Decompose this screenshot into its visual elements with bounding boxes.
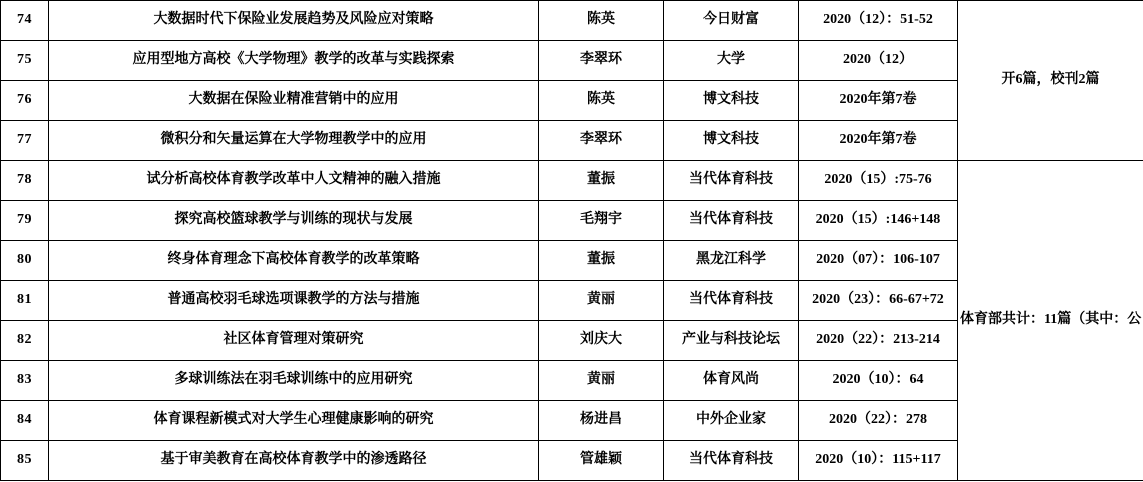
- row-number-cell: 77: [1, 121, 49, 161]
- issue-cell: 2020年第7卷: [799, 81, 958, 121]
- table-row: 78 试分析高校体育教学改革中人文精神的融入措施 董振 当代体育科技 2020（…: [1, 161, 1143, 201]
- author-cell: 董振: [539, 241, 664, 281]
- author-cell: 陈英: [539, 1, 664, 41]
- row-number-cell: 83: [1, 361, 49, 401]
- publications-table: 74 大数据时代下保险业发展趋势及风险应对策略 陈英 今日财富 2020（12）…: [0, 0, 1143, 481]
- journal-cell: 当代体育科技: [664, 281, 799, 321]
- row-number-cell: 76: [1, 81, 49, 121]
- author-cell: 李翠环: [539, 41, 664, 81]
- title-cell: 普通高校羽毛球选项课教学的方法与措施: [49, 281, 539, 321]
- issue-cell: 2020（22）：213-214: [799, 321, 958, 361]
- journal-cell: 博文科技: [664, 121, 799, 161]
- title-cell: 试分析高校体育教学改革中人文精神的融入措施: [49, 161, 539, 201]
- notes-cell-continued: 开6篇，校刊2篇: [958, 1, 1143, 161]
- journal-cell: 今日财富: [664, 1, 799, 41]
- sports-department-summary-cell: 体育部共计：11篇（其中：公 开9篇，校刊1篇: [958, 161, 1143, 481]
- author-cell: 黄丽: [539, 281, 664, 321]
- title-cell: 大数据在保险业精准营销中的应用: [49, 81, 539, 121]
- row-number-cell: 82: [1, 321, 49, 361]
- author-cell: 毛翔宇: [539, 201, 664, 241]
- author-cell: 李翠环: [539, 121, 664, 161]
- issue-cell: 2020（12）: [799, 41, 958, 81]
- title-cell: 多球训练法在羽毛球训练中的应用研究: [49, 361, 539, 401]
- title-cell: 微积分和矢量运算在大学物理教学中的应用: [49, 121, 539, 161]
- issue-cell: 2020年第7卷: [799, 121, 958, 161]
- row-number-cell: 81: [1, 281, 49, 321]
- issue-cell: 2020（10）：64: [799, 361, 958, 401]
- author-cell: 黄丽: [539, 361, 664, 401]
- journal-cell: 中外企业家: [664, 401, 799, 441]
- title-cell: 社区体育管理对策研究: [49, 321, 539, 361]
- author-cell: 董振: [539, 161, 664, 201]
- journal-cell: 博文科技: [664, 81, 799, 121]
- author-cell: 陈英: [539, 81, 664, 121]
- title-cell: 基于审美教育在高校体育教学中的渗透路径: [49, 441, 539, 481]
- author-cell: 管雄颖: [539, 441, 664, 481]
- row-number-cell: 78: [1, 161, 49, 201]
- author-cell: 刘庆大: [539, 321, 664, 361]
- publication-list-document: 74 大数据时代下保险业发展趋势及风险应对策略 陈英 今日财富 2020（12）…: [0, 0, 1143, 482]
- title-cell: 终身体育理念下高校体育教学的改革策略: [49, 241, 539, 281]
- journal-cell: 黑龙江科学: [664, 241, 799, 281]
- issue-cell: 2020（10）：115+117: [799, 441, 958, 481]
- journal-cell: 产业与科技论坛: [664, 321, 799, 361]
- row-number-cell: 84: [1, 401, 49, 441]
- issue-cell: 2020（07）：106-107: [799, 241, 958, 281]
- issue-cell: 2020（12）：51-52: [799, 1, 958, 41]
- journal-cell: 当代体育科技: [664, 201, 799, 241]
- table-row: 74 大数据时代下保险业发展趋势及风险应对策略 陈英 今日财富 2020（12）…: [1, 1, 1143, 41]
- row-number-cell: 74: [1, 1, 49, 41]
- row-number-cell: 79: [1, 201, 49, 241]
- journal-cell: 体育风尚: [664, 361, 799, 401]
- journal-cell: 当代体育科技: [664, 441, 799, 481]
- title-cell: 探究高校篮球教学与训练的现状与发展: [49, 201, 539, 241]
- issue-cell: 2020（22）：278: [799, 401, 958, 441]
- issue-cell: 2020（15）:75-76: [799, 161, 958, 201]
- title-cell: 应用型地方高校《大学物理》教学的改革与实践探索: [49, 41, 539, 81]
- issue-cell: 2020（15）:146+148: [799, 201, 958, 241]
- row-number-cell: 75: [1, 41, 49, 81]
- author-cell: 杨进昌: [539, 401, 664, 441]
- row-number-cell: 85: [1, 441, 49, 481]
- title-cell: 大数据时代下保险业发展趋势及风险应对策略: [49, 1, 539, 41]
- journal-cell: 大学: [664, 41, 799, 81]
- journal-cell: 当代体育科技: [664, 161, 799, 201]
- issue-cell: 2020（23）：66-67+72: [799, 281, 958, 321]
- row-number-cell: 80: [1, 241, 49, 281]
- title-cell: 体育课程新模式对大学生心理健康影响的研究: [49, 401, 539, 441]
